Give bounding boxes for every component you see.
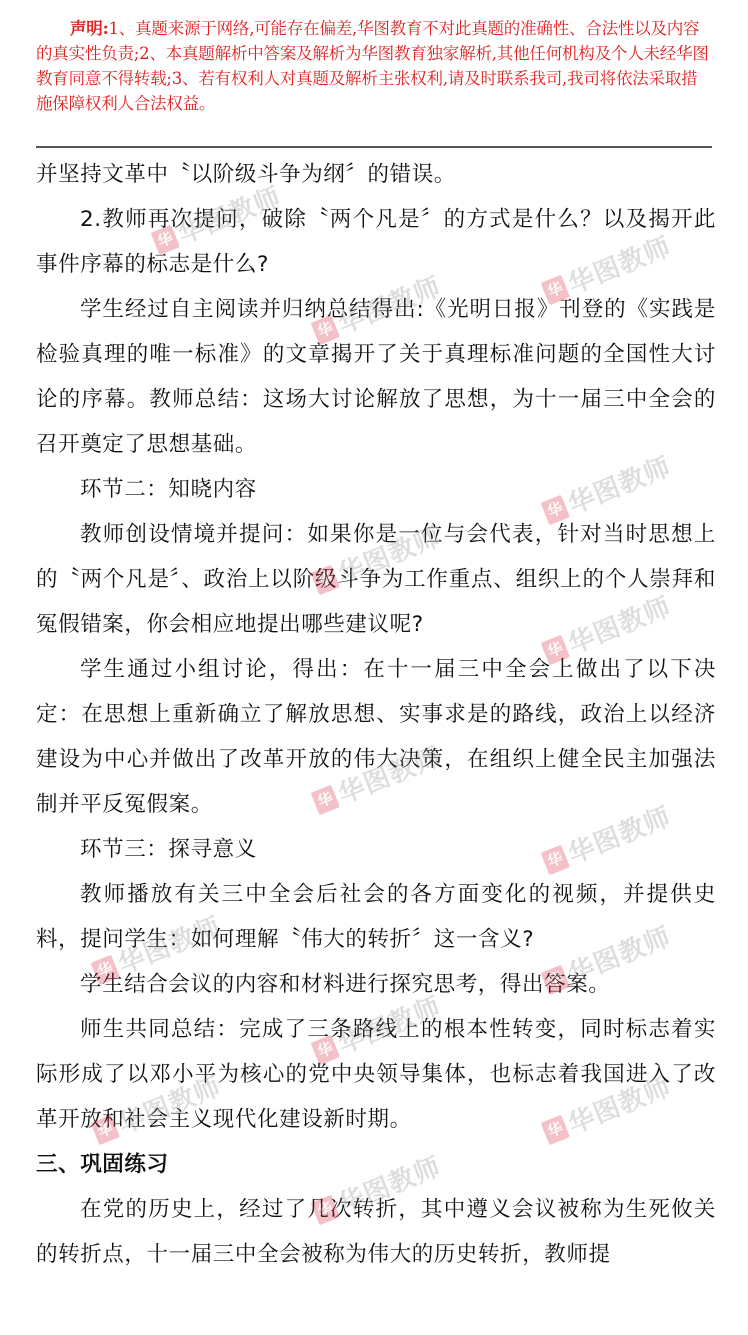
paragraph-8: 学生结合会议的内容和材料进行探究思考，得出答案。 — [36, 962, 716, 1007]
paragraph-11: 在党的历史上，经过了几次转折，其中遵义会议被称为生死攸关的转折点，十一届三中全会… — [36, 1187, 716, 1277]
disclaimer-label: 声明: — [70, 19, 109, 38]
paragraph-5: 学生通过小组讨论，得出：在十一届三中全会上做出了以下决定：在思想上重新确立了解放… — [36, 647, 716, 827]
document-body: 并坚持文革中〝以阶级斗争为纲〞的错误。 2.教师再次提问，破除〝两个凡是〞的方式… — [36, 152, 716, 1277]
disclaimer: 声明:1、真题来源于网络,可能存在偏差,华图教育不对此真题的准确性、合法性以及内… — [36, 16, 712, 116]
paragraph-9: 师生共同总结：完成了三条路线上的根本性转变，同时标志着实际形成了以邓小平为核心的… — [36, 1007, 716, 1142]
section-heading-step2: 环节二：知晓内容 — [36, 467, 716, 512]
section-heading-practice: 三、巩固练习 — [36, 1142, 716, 1187]
section-heading-step3: 环节三：探寻意义 — [36, 827, 716, 872]
paragraph-1: 2.教师再次提问，破除〝两个凡是〞的方式是什么？以及揭开此事件序幕的标志是什么? — [36, 197, 716, 287]
paragraph-2: 学生经过自主阅读并归纳总结得出:《光明日报》刊登的《实践是检验真理的唯一标准》的… — [36, 287, 716, 467]
disclaimer-text: 1、真题来源于网络,可能存在偏差,华图教育不对此真题的准确性、合法性以及内容的真… — [36, 19, 709, 113]
paragraph-4: 教师创设情境并提问：如果你是一位与会代表，针对当时思想上的〝两个凡是〞、政治上以… — [36, 512, 716, 647]
paragraph-7: 教师播放有关三中全会后社会的各方面变化的视频，并提供史料，提问学生：如何理解〝伟… — [36, 872, 716, 962]
header-divider — [36, 146, 712, 148]
paragraph-0: 并坚持文革中〝以阶级斗争为纲〞的错误。 — [36, 152, 716, 197]
